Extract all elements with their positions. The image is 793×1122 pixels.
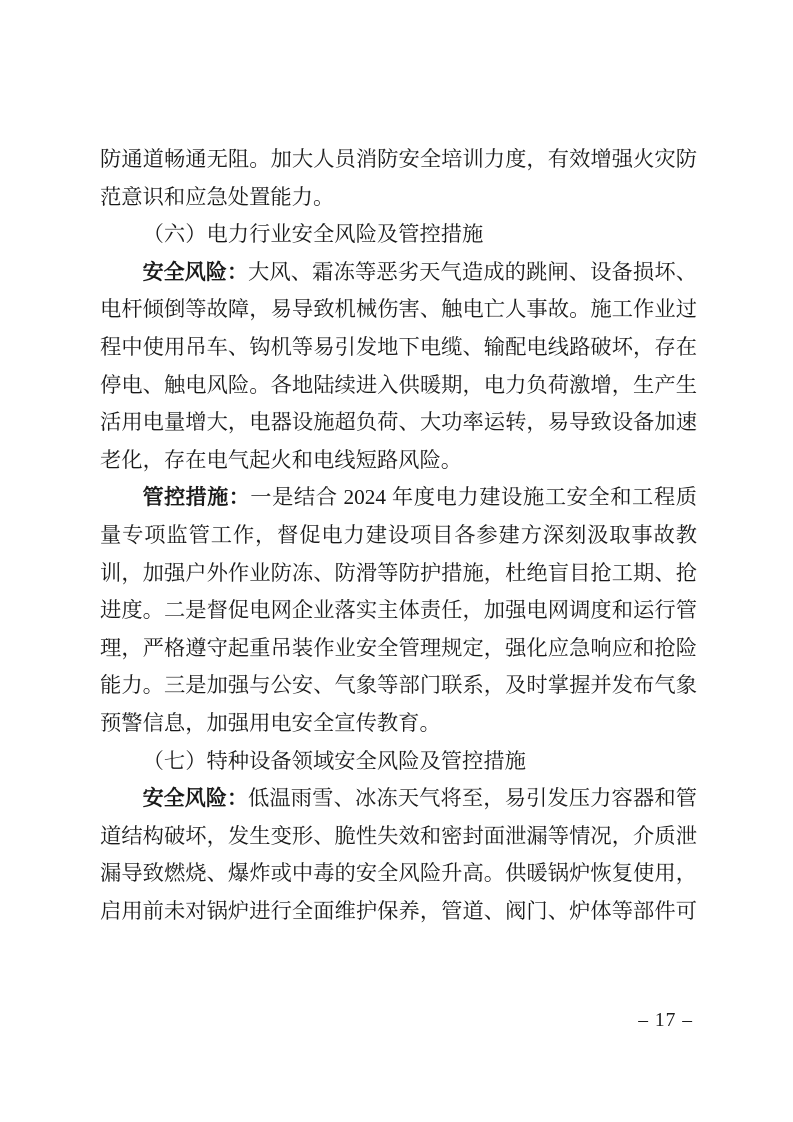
text-line: 进度。二是督促电网企业落实主体责任，加强电网调度和运行管 — [100, 592, 697, 630]
text-line-rest: 大风、霜冻等恶劣天气造成的跳闸、设备损坏、 — [248, 260, 697, 284]
text-line: 老化，存在电气起火和电线短路风险。 — [100, 442, 697, 480]
section-heading-7: （七）特种设备领域安全风险及管控措施 — [100, 743, 697, 781]
text-line-rest: 低温雨雪、冰冻天气将至，易引发压力容器和管 — [248, 786, 697, 810]
page-number: – 17 – — [638, 1009, 693, 1033]
text-line: 安全风险：大风、霜冻等恶劣天气造成的跳闸、设备损坏、 — [100, 254, 697, 292]
text-line: 训，加强户外作业防冻、防滑等防护措施，杜绝盲目抢工期、抢 — [100, 555, 697, 593]
section-heading-6: （六）电力行业安全风险及管控措施 — [100, 216, 697, 254]
document-page: 防通道畅通无阻。加大人员消防安全培训力度，有效增强火灾防 范意识和应急处置能力。… — [0, 0, 793, 1122]
text-line: 预警信息，加强用电安全宣传教育。 — [100, 705, 697, 743]
text-line: 停电、触电风险。各地陆续进入供暖期，电力负荷激增，生产生 — [100, 367, 697, 405]
text-line: 理，严格遵守起重吊装作业安全管理规定，强化应急响应和抢险 — [100, 630, 697, 668]
text-line: 漏导致燃烧、爆炸或中毒的安全风险升高。供暖锅炉恢复使用， — [100, 855, 697, 893]
text-line: 能力。三是加强与公安、气象等部门联系，及时掌握并发布气象 — [100, 667, 697, 705]
text-line-rest: 一是结合 2024 年度电力建设施工安全和工程质 — [250, 485, 697, 509]
bold-label-risk: 安全风险： — [143, 260, 248, 284]
text-line: 启用前未对锅炉进行全面维护保养，管道、阀门、炉体等部件可 — [100, 893, 697, 931]
text-line: 安全风险：低温雨雪、冰冻天气将至，易引发压力容器和管 — [100, 780, 697, 818]
bold-label-risk: 安全风险： — [143, 786, 248, 810]
bold-label-measures: 管控措施： — [143, 485, 251, 509]
text-line: 防通道畅通无阻。加大人员消防安全培训力度，有效增强火灾防 — [100, 141, 697, 179]
text-line: 电杆倾倒等故障，易导致机械伤害、触电亡人事故。施工作业过 — [100, 291, 697, 329]
text-line: 量专项监管工作，督促电力建设项目各参建方深刻汲取事故教 — [100, 517, 697, 555]
text-line: 活用电量增大，电器设施超负荷、大功率运转，易导致设备加速 — [100, 404, 697, 442]
text-line: 道结构破坏，发生变形、脆性失效和密封面泄漏等情况，介质泄 — [100, 818, 697, 856]
text-line: 管控措施：一是结合 2024 年度电力建设施工安全和工程质 — [100, 479, 697, 517]
text-line: 程中使用吊车、钩机等易引发地下电缆、输配电线路破坏，存在 — [100, 329, 697, 367]
body-text: 防通道畅通无阻。加大人员消防安全培训力度，有效增强火灾防 范意识和应急处置能力。… — [100, 141, 697, 930]
text-line: 范意识和应急处置能力。 — [100, 179, 697, 217]
